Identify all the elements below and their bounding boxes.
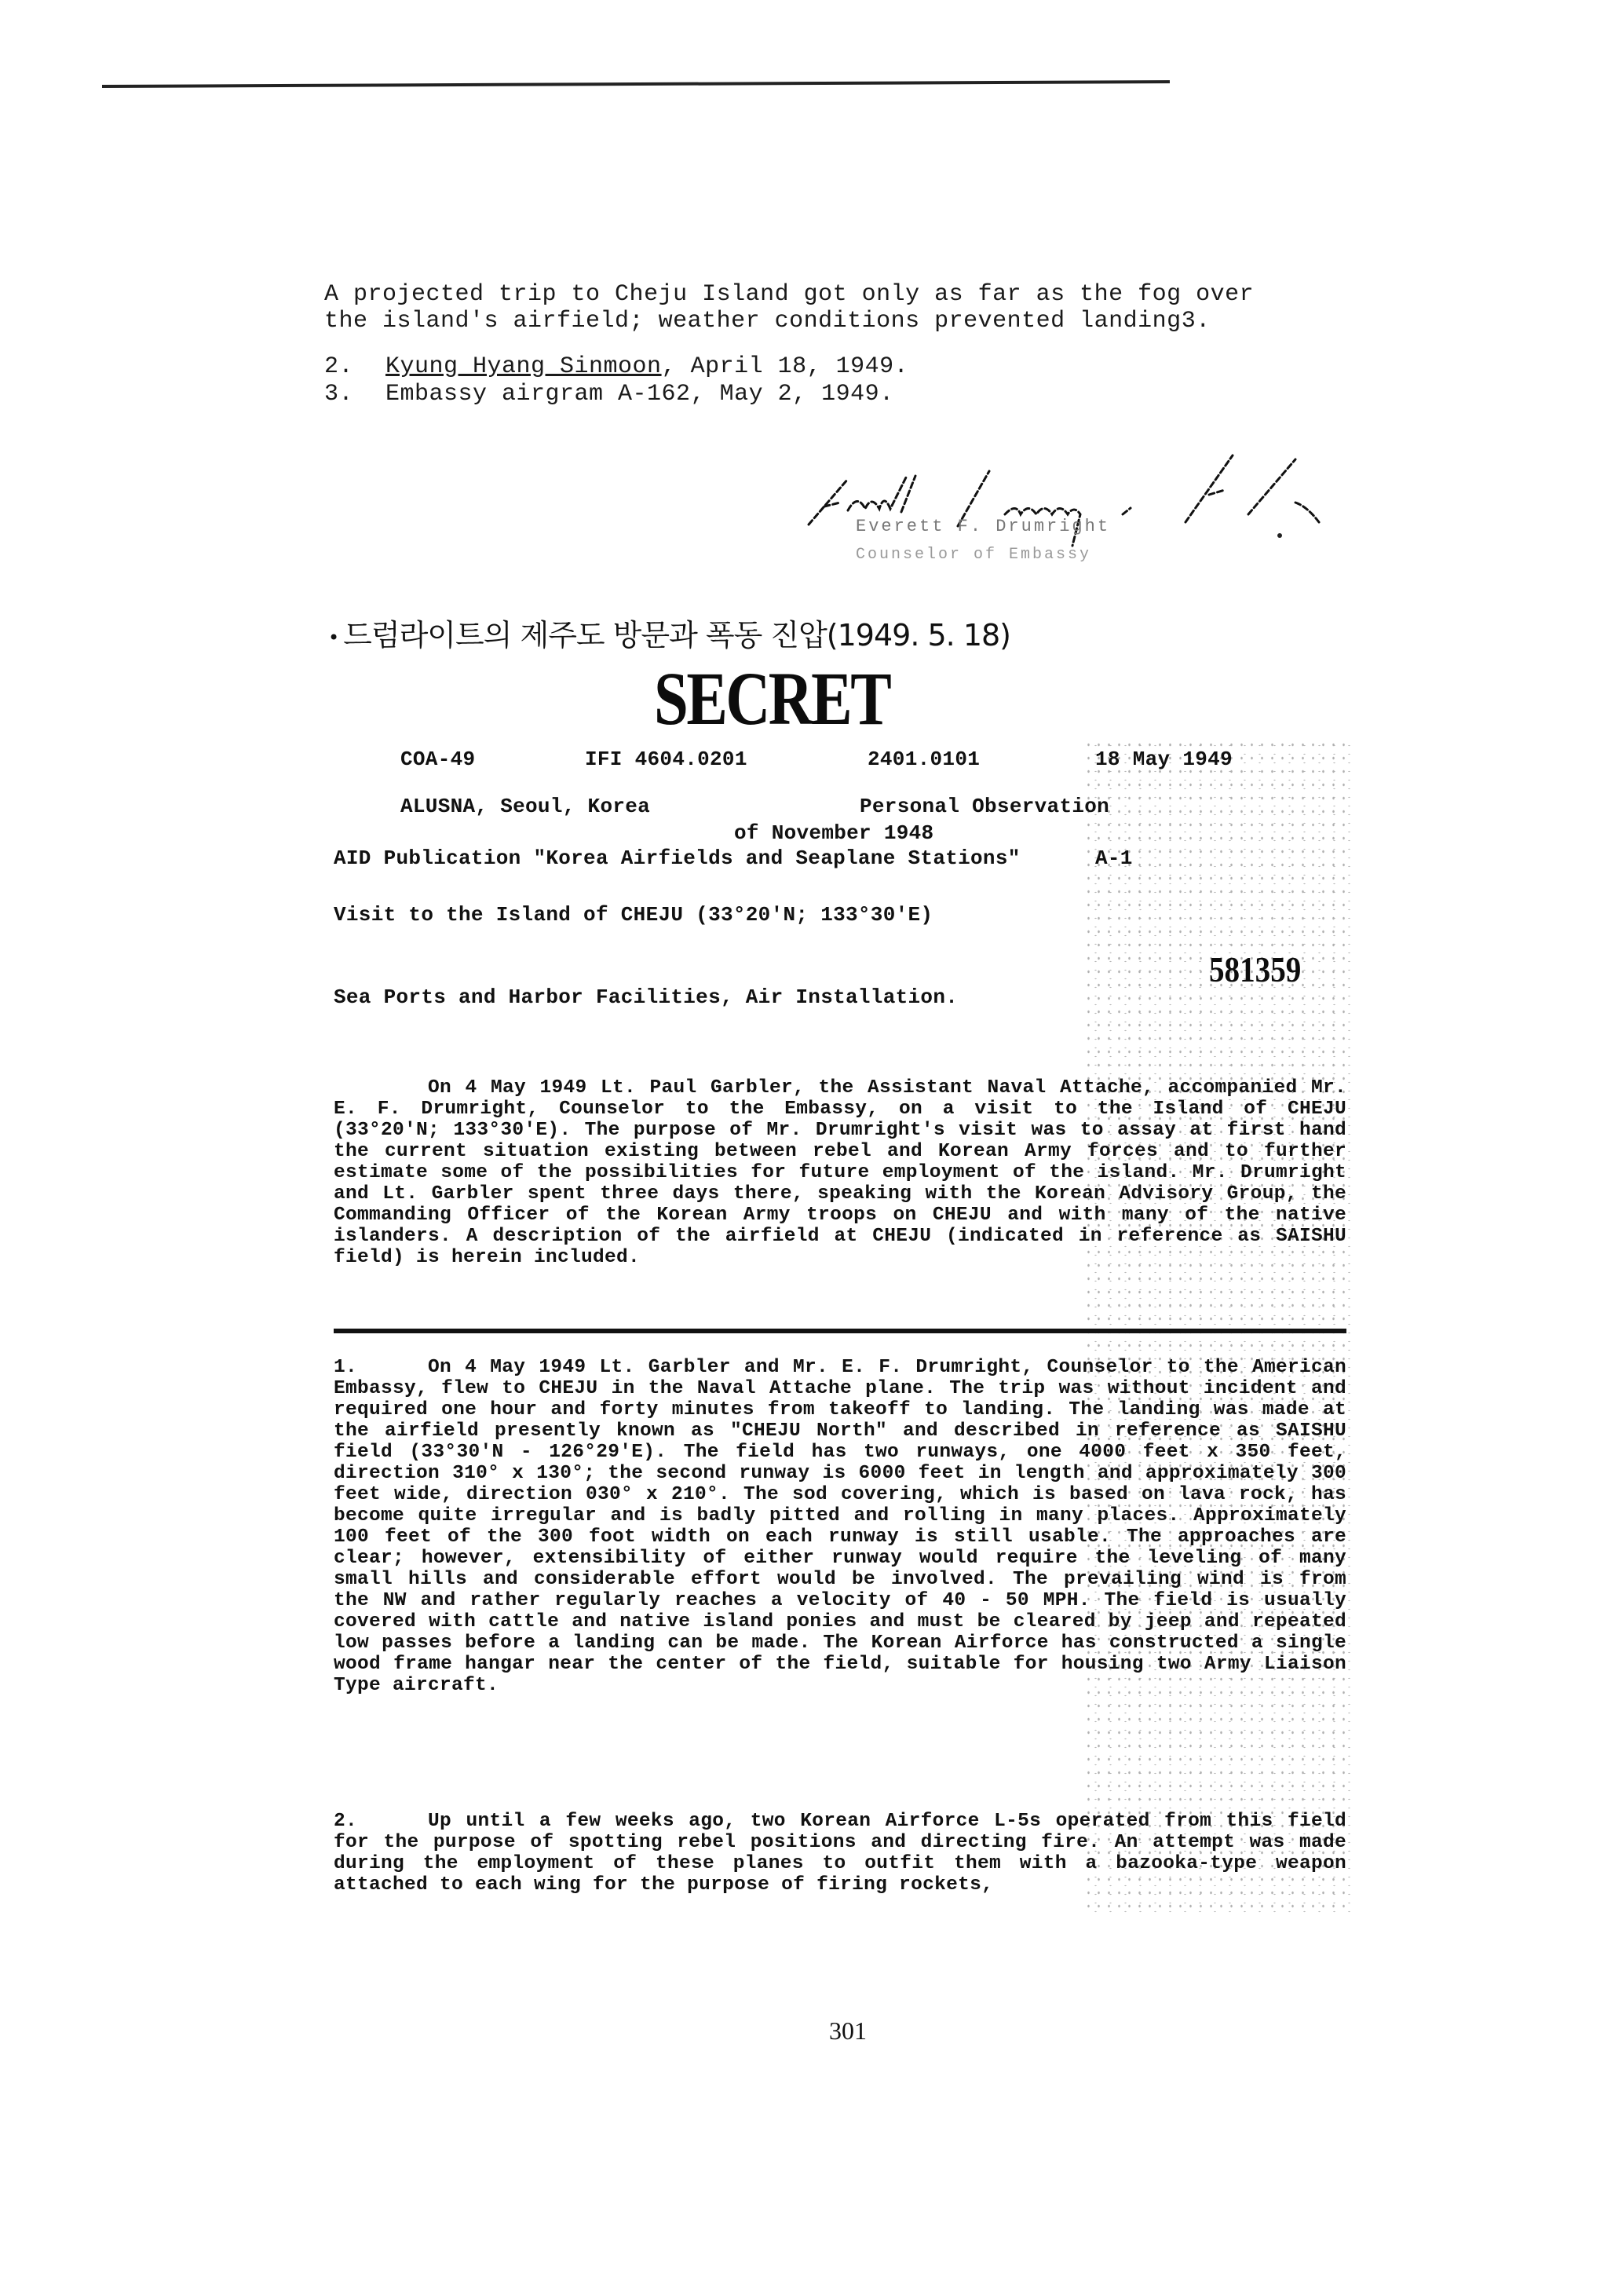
scan-top-rule [102, 80, 1170, 88]
report-evaluation: A-1 [1095, 846, 1133, 870]
report-observation-date: of November 1948 [734, 821, 933, 845]
section-caption: •드럼라이트의 제주도 방문과 폭동 진압(1949. 5. 18) [328, 611, 1010, 654]
report-summary-text: On 4 May 1949 Lt. Paul Garbler, the Assi… [334, 1077, 1346, 1268]
header-code-3: 2401.0101 [868, 748, 980, 771]
report-source: ALUSNA, Seoul, Korea [400, 795, 650, 818]
page-number: 301 [829, 2016, 867, 2046]
section-divider [334, 1329, 1346, 1333]
report-category: Sea Ports and Harbor Facilities, Air Ins… [334, 985, 958, 1009]
footnote-detail: , May 2, 1949. [691, 381, 894, 408]
scan-noise [1083, 738, 1350, 1916]
memo-paragraph-line-2-text: the island's airfield; weather condition… [324, 308, 1182, 335]
header-code-2: IFI 4604.0201 [585, 748, 747, 771]
classification-stamp: SECRET [654, 661, 890, 737]
section-number: 2. [334, 1811, 428, 1832]
report-section-1: 1.On 4 May 1949 Lt. Garbler and Mr. E. F… [334, 1357, 1346, 1696]
footnote-source: Kyung Hyang Sinmoon [385, 353, 662, 380]
document-number-stamp: 581359 [1209, 952, 1301, 988]
section-number: 1. [334, 1357, 428, 1378]
footnote-source: Embassy airgram A-162 [385, 381, 691, 408]
signature-typed-name: Everett F. Drumright [856, 517, 1110, 536]
report-reference: AID Publication "Korea Airfields and Sea… [334, 846, 1021, 870]
report-subject: Visit to the Island of CHEJU (33°20'N; 1… [334, 903, 933, 927]
footnote-2: 2.Kyung Hyang Sinmoon, April 18, 1949. [324, 353, 908, 380]
caption-text: 드럼라이트의 제주도 방문과 폭동 진압(1949. 5. 18) [343, 618, 1010, 653]
memo-paragraph-line-1: A projected trip to Cheju Island got onl… [324, 281, 1254, 308]
memo-paragraph-line-2: the island's airfield; weather condition… [324, 308, 1211, 335]
footnote-detail: , April 18, 1949. [662, 353, 909, 380]
footnote-3: 3.Embassy airgram A-162, May 2, 1949. [324, 381, 894, 408]
section-text: On 4 May 1949 Lt. Garbler and Mr. E. F. … [334, 1357, 1346, 1696]
caption-bullet: • [328, 627, 338, 649]
footnote-number: 3. [324, 381, 385, 408]
footnote-mark: 3. [1182, 308, 1211, 335]
header-code-1: COA-49 [400, 748, 475, 771]
report-observation: Personal Observation [860, 795, 1109, 818]
signature-typed-title: Counselor of Embassy [856, 546, 1091, 564]
report-section-2: 2.Up until a few weeks ago, two Korean A… [334, 1811, 1346, 1896]
footnote-number: 2. [324, 353, 385, 380]
signature-block: Everett F. Drumright Counselor of Embass… [793, 440, 1358, 573]
report-date: 18 May 1949 [1095, 748, 1233, 771]
section-text: Up until a few weeks ago, two Korean Air… [334, 1811, 1346, 1896]
report-summary: On 4 May 1949 Lt. Paul Garbler, the Assi… [334, 1077, 1346, 1268]
